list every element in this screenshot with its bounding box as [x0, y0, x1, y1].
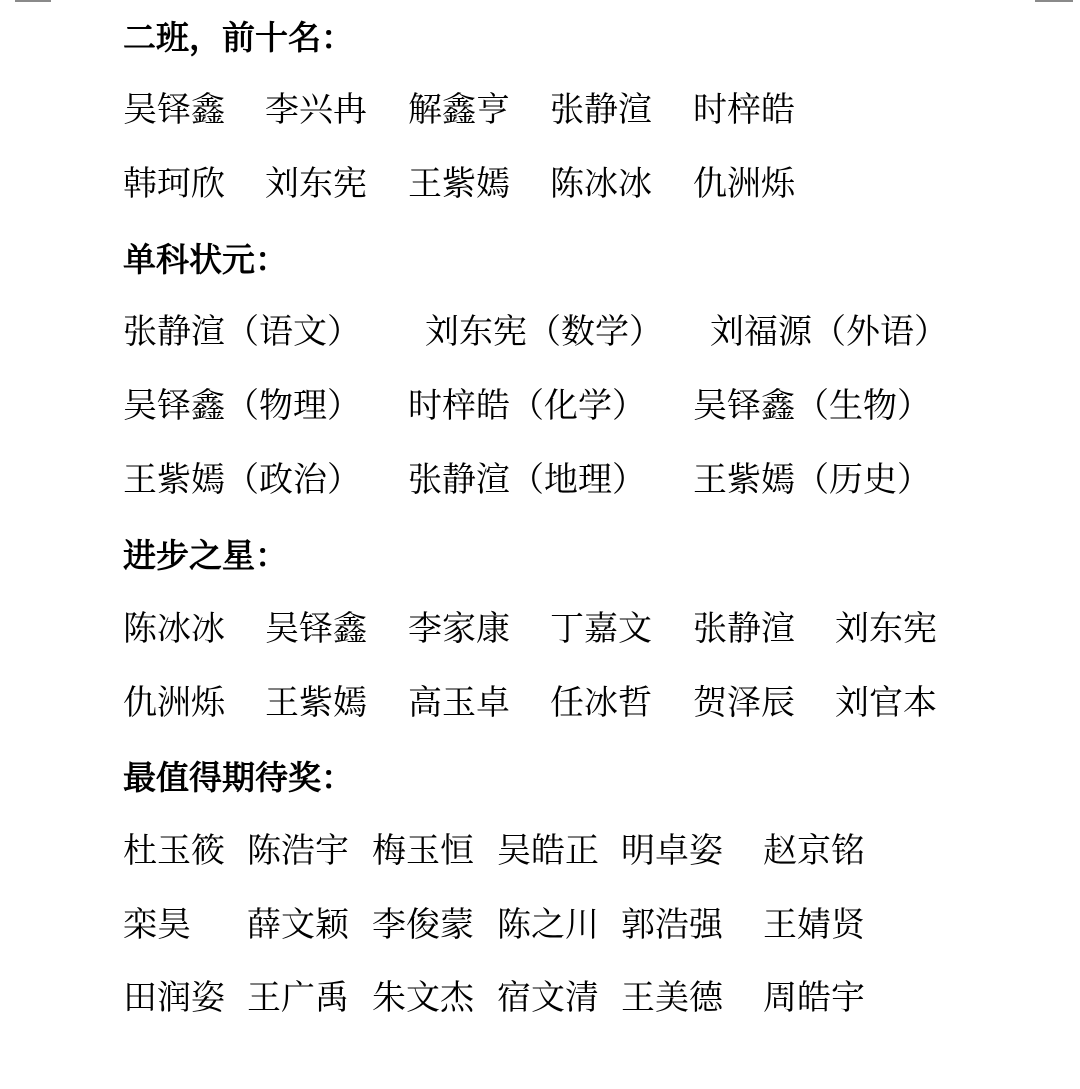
- student-name: 陈浩宇: [247, 831, 349, 871]
- subject-champion: 王紫嫣（历史）: [693, 460, 931, 500]
- student-name: 陈冰冰: [550, 164, 652, 204]
- student-name: 张静渲: [693, 609, 795, 649]
- subject-champion: 刘东宪（数学）: [425, 312, 663, 352]
- section-heading-progress-stars: 进步之星：: [123, 536, 288, 576]
- student-name: 王紫嫣: [408, 164, 510, 204]
- student-name: 吴铎鑫: [265, 609, 367, 649]
- student-name: 明卓姿: [621, 831, 723, 871]
- subject-champion: 刘福源（外语）: [710, 312, 948, 352]
- student-name: 丁嘉文: [550, 609, 652, 649]
- student-name: 高玉卓: [408, 683, 510, 723]
- student-name: 吴铎鑫: [123, 90, 225, 130]
- top-right-edge-mark: [1035, 0, 1073, 2]
- student-name: 薛文颖: [247, 905, 349, 945]
- student-name: 王广禹: [247, 978, 349, 1018]
- student-name: 王美德: [621, 978, 723, 1018]
- student-name: 贺泽辰: [693, 683, 795, 723]
- subject-champion: 吴铎鑫（生物）: [693, 386, 931, 426]
- student-name: 陈之川: [497, 905, 599, 945]
- student-name: 韩珂欣: [123, 164, 225, 204]
- student-name: 刘官本: [835, 683, 937, 723]
- section-heading-top-ten: 二班，前十名：: [123, 18, 354, 58]
- subject-champion: 张静渲（地理）: [408, 460, 646, 500]
- student-name: 任冰哲: [550, 683, 652, 723]
- student-name: 梅玉恒: [372, 831, 474, 871]
- section-heading-most-promising: 最值得期待奖：: [123, 758, 354, 798]
- student-name: 赵京铭: [763, 831, 865, 871]
- student-name: 王紫嫣: [265, 683, 367, 723]
- student-name: 朱文杰: [372, 978, 474, 1018]
- student-name: 李家康: [408, 609, 510, 649]
- student-name: 李兴冉: [265, 90, 367, 130]
- student-name: 吴皓正: [497, 831, 599, 871]
- subject-champion: 张静渲（语文）: [123, 312, 361, 352]
- student-name: 时梓皓: [693, 90, 795, 130]
- student-name: 刘东宪: [265, 164, 367, 204]
- student-name: 刘东宪: [835, 609, 937, 649]
- student-name: 田润姿: [123, 978, 225, 1018]
- section-heading-subject-champions: 单科状元：: [123, 240, 288, 280]
- student-name: 陈冰冰: [123, 609, 225, 649]
- student-name: 杜玉筱: [123, 831, 225, 871]
- subject-champion: 王紫嫣（政治）: [123, 460, 361, 500]
- student-name: 郭浩强: [621, 905, 723, 945]
- student-name: 解鑫亨: [408, 90, 510, 130]
- student-name: 宿文清: [497, 978, 599, 1018]
- subject-champion: 吴铎鑫（物理）: [123, 386, 361, 426]
- top-left-edge-mark: [15, 0, 51, 2]
- student-name: 仇洲烁: [693, 164, 795, 204]
- student-name: 张静渲: [550, 90, 652, 130]
- student-name: 王婧贤: [763, 905, 865, 945]
- student-name: 仇洲烁: [123, 683, 225, 723]
- subject-champion: 时梓皓（化学）: [408, 386, 646, 426]
- student-name: 周皓宇: [763, 978, 865, 1018]
- student-name: 栾昊: [123, 905, 191, 945]
- student-name: 李俊蒙: [372, 905, 474, 945]
